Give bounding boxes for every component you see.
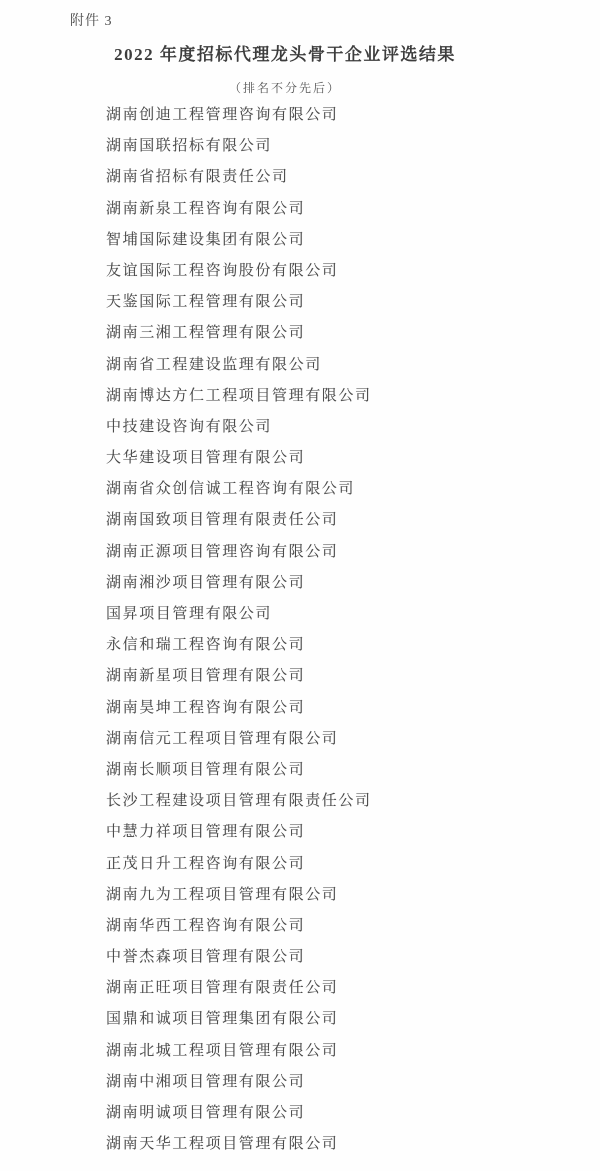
company-row: 湖南博达方仁工程项目管理有限公司 bbox=[106, 381, 566, 412]
company-row: 友谊国际工程咨询股份有限公司 bbox=[106, 256, 566, 287]
company-row: 湖南新泉工程咨询有限公司 bbox=[106, 194, 566, 225]
company-row: 湖南明诚项目管理有限公司 bbox=[106, 1098, 566, 1129]
company-row: 湖南创迪工程管理咨询有限公司 bbox=[106, 100, 566, 131]
company-row: 天鉴国际工程管理有限公司 bbox=[106, 287, 566, 318]
company-row: 湖南北城工程项目管理有限公司 bbox=[106, 1036, 566, 1067]
company-row: 湖南新星项目管理有限公司 bbox=[106, 661, 566, 692]
company-row: 湖南省众创信诚工程咨询有限公司 bbox=[106, 474, 566, 505]
company-row: 湖南湘沙项目管理有限公司 bbox=[106, 568, 566, 599]
company-row: 湖南三湘工程管理有限公司 bbox=[106, 318, 566, 349]
document-page: 附件 3 2022 年度招标代理龙头骨干企业评选结果 （排名不分先后） 湖南创迪… bbox=[0, 0, 600, 1171]
company-row: 湖南省工程建设监理有限公司 bbox=[106, 350, 566, 381]
page-title: 2022 年度招标代理龙头骨干企业评选结果 bbox=[0, 40, 570, 65]
company-row: 国鼎和诚项目管理集团有限公司 bbox=[106, 1004, 566, 1035]
company-row: 湖南正旺项目管理有限责任公司 bbox=[106, 973, 566, 1004]
company-row: 湖南国致项目管理有限责任公司 bbox=[106, 505, 566, 536]
company-row: 湖南正源项目管理咨询有限公司 bbox=[106, 537, 566, 568]
company-row: 国昇项目管理有限公司 bbox=[106, 599, 566, 630]
company-row: 湖南国联招标有限公司 bbox=[106, 131, 566, 162]
company-row: 湖南中湘项目管理有限公司 bbox=[106, 1067, 566, 1098]
company-row: 中誉杰森项目管理有限公司 bbox=[106, 942, 566, 973]
company-row: 湖南省招标有限责任公司 bbox=[106, 162, 566, 193]
company-row: 中慧力祥项目管理有限公司 bbox=[106, 817, 566, 848]
company-row: 长沙工程建设项目管理有限责任公司 bbox=[106, 786, 566, 817]
company-row: 湖南长顺项目管理有限公司 bbox=[106, 755, 566, 786]
company-row: 中技建设咨询有限公司 bbox=[106, 412, 566, 443]
company-row: 永信和瑞工程咨询有限公司 bbox=[106, 630, 566, 661]
company-row: 湖南九为工程项目管理有限公司 bbox=[106, 880, 566, 911]
company-list: 湖南创迪工程管理咨询有限公司湖南国联招标有限公司湖南省招标有限责任公司湖南新泉工… bbox=[106, 100, 566, 1160]
attachment-label: 附件 3 bbox=[70, 10, 113, 30]
company-row: 正茂日升工程咨询有限公司 bbox=[106, 849, 566, 880]
company-row: 湖南华西工程咨询有限公司 bbox=[106, 911, 566, 942]
company-row: 智埔国际建设集团有限公司 bbox=[106, 225, 566, 256]
page-subtitle: （排名不分先后） bbox=[0, 79, 570, 96]
company-row: 大华建设项目管理有限公司 bbox=[106, 443, 566, 474]
company-row: 湖南昊坤工程咨询有限公司 bbox=[106, 693, 566, 724]
company-row: 湖南信元工程项目管理有限公司 bbox=[106, 724, 566, 755]
company-row: 湖南天华工程项目管理有限公司 bbox=[106, 1129, 566, 1160]
